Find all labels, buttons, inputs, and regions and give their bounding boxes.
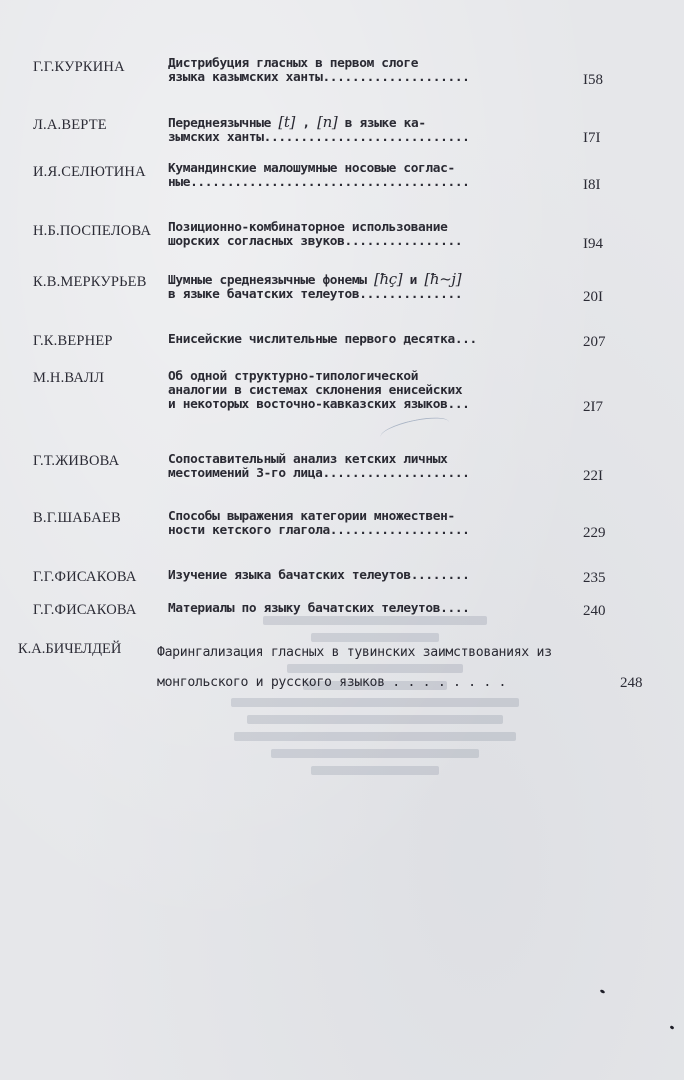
entry-author: Г.Г.ФИСАКОВА — [33, 602, 137, 619]
title-line: Шумные среднеязычные фонемы [ħç] и [ħ~j] — [168, 272, 462, 288]
title-line: шорских согласных звуков................ — [168, 235, 462, 249]
entry-author: К.А.БИЧЕЛДЕЙ — [18, 641, 121, 658]
entry-title: Сопоставительный анализ кетских личныхме… — [168, 453, 470, 481]
entry-page-number: I94 — [583, 236, 603, 253]
pencil-mark — [379, 413, 451, 446]
title-line: Об одной структурно-типологической — [168, 370, 470, 384]
title-line: Сопоставительный анализ кетских личных — [168, 453, 470, 467]
title-line: Изучение языка бачатских телеутов.......… — [168, 569, 470, 583]
title-line: ности кетского глагола..................… — [168, 524, 470, 538]
title-line: ные.....................................… — [168, 176, 470, 190]
entry-author: И.Я.СЕЛЮТИНА — [33, 164, 146, 181]
ink-speck — [600, 989, 606, 994]
entry-author: Г.К.ВЕРНЕР — [33, 333, 113, 350]
entry-page-number: 2I7 — [583, 399, 603, 416]
title-line: аналогии в системах склонения енисейских — [168, 384, 470, 398]
ink-speck — [670, 1025, 675, 1030]
entry-page-number: 229 — [583, 525, 606, 542]
title-line: и некоторых восточно-кавказских языков..… — [168, 398, 470, 412]
entry-author: Г.Г.КУРКИНА — [33, 59, 125, 76]
title-line: местоимений 3-го лица...................… — [168, 467, 470, 481]
entry-author: Г.Т.ЖИВОВА — [33, 453, 119, 470]
entry-page-number: I8I — [583, 177, 601, 194]
entry-author: М.Н.ВАЛЛ — [33, 370, 104, 387]
entry-author: Н.Б.ПОСПЕЛОВА — [33, 223, 151, 240]
entry-title: Способы выражения категории множествен-н… — [168, 510, 470, 538]
title-line: Енисейские числительные первого десятка.… — [168, 333, 477, 347]
title-line: языка казымских ханты...................… — [168, 71, 470, 85]
title-line: в языке бачатских телеутов.............. — [168, 288, 462, 302]
title-line: монгольского и русского языков . . . . .… — [157, 668, 552, 698]
entry-page-number: 240 — [583, 603, 606, 620]
table-of-contents-page: Г.Г.КУРКИНА Дистрибуция гласных в первом… — [0, 0, 684, 1080]
entry-author: К.В.МЕРКУРЬЕВ — [33, 274, 147, 291]
entry-title: Енисейские числительные первого десятка.… — [168, 333, 477, 347]
entry-author: В.Г.ШАБАЕВ — [33, 510, 121, 527]
title-line: Материалы по языку бачатских телеутов...… — [168, 602, 470, 616]
entry-author: Г.Г.ФИСАКОВА — [33, 569, 137, 586]
entry-title: Об одной структурно-типологическойаналог… — [168, 370, 470, 412]
entry-title: Позиционно-комбинаторное использованиешо… — [168, 221, 462, 249]
title-line: Переднеязычные [t] , [n] в языке ка- — [168, 115, 470, 131]
title-line: Кумандинские малошумные носовые соглас- — [168, 162, 470, 176]
title-line: Позиционно-комбинаторное использование — [168, 221, 462, 235]
entry-title: Изучение языка бачатских телеутов.......… — [168, 569, 470, 583]
title-line: Способы выражения категории множествен- — [168, 510, 470, 524]
entry-page-number: I7I — [583, 130, 601, 147]
entry-page-number: 207 — [583, 334, 606, 351]
entry-title: Переднеязычные [t] , [n] в языке ка-зымс… — [168, 115, 470, 145]
entry-page-number: 20I — [583, 289, 603, 306]
title-line: зымских ханты...........................… — [168, 131, 470, 145]
entry-author: Л.А.ВЕРТЕ — [33, 117, 107, 134]
entry-page-number: I58 — [583, 72, 603, 89]
entry-title: Фарингализация гласных в тувинских заимс… — [157, 638, 552, 698]
title-line: Дистрибуция гласных в первом слоге — [168, 57, 470, 71]
entry-title: Шумные среднеязычные фонемы [ħç] и [ħ~j]… — [168, 272, 462, 302]
entry-title: Дистрибуция гласных в первом слогеязыка … — [168, 57, 470, 85]
title-line: Фарингализация гласных в тувинских заимс… — [157, 638, 552, 668]
entry-page-number: 235 — [583, 570, 606, 587]
entry-page-number: 248 — [620, 675, 643, 692]
entry-title: Кумандинские малошумные носовые соглас-н… — [168, 162, 470, 190]
entry-title: Материалы по языку бачатских телеутов...… — [168, 602, 470, 616]
entry-page-number: 22I — [583, 468, 603, 485]
